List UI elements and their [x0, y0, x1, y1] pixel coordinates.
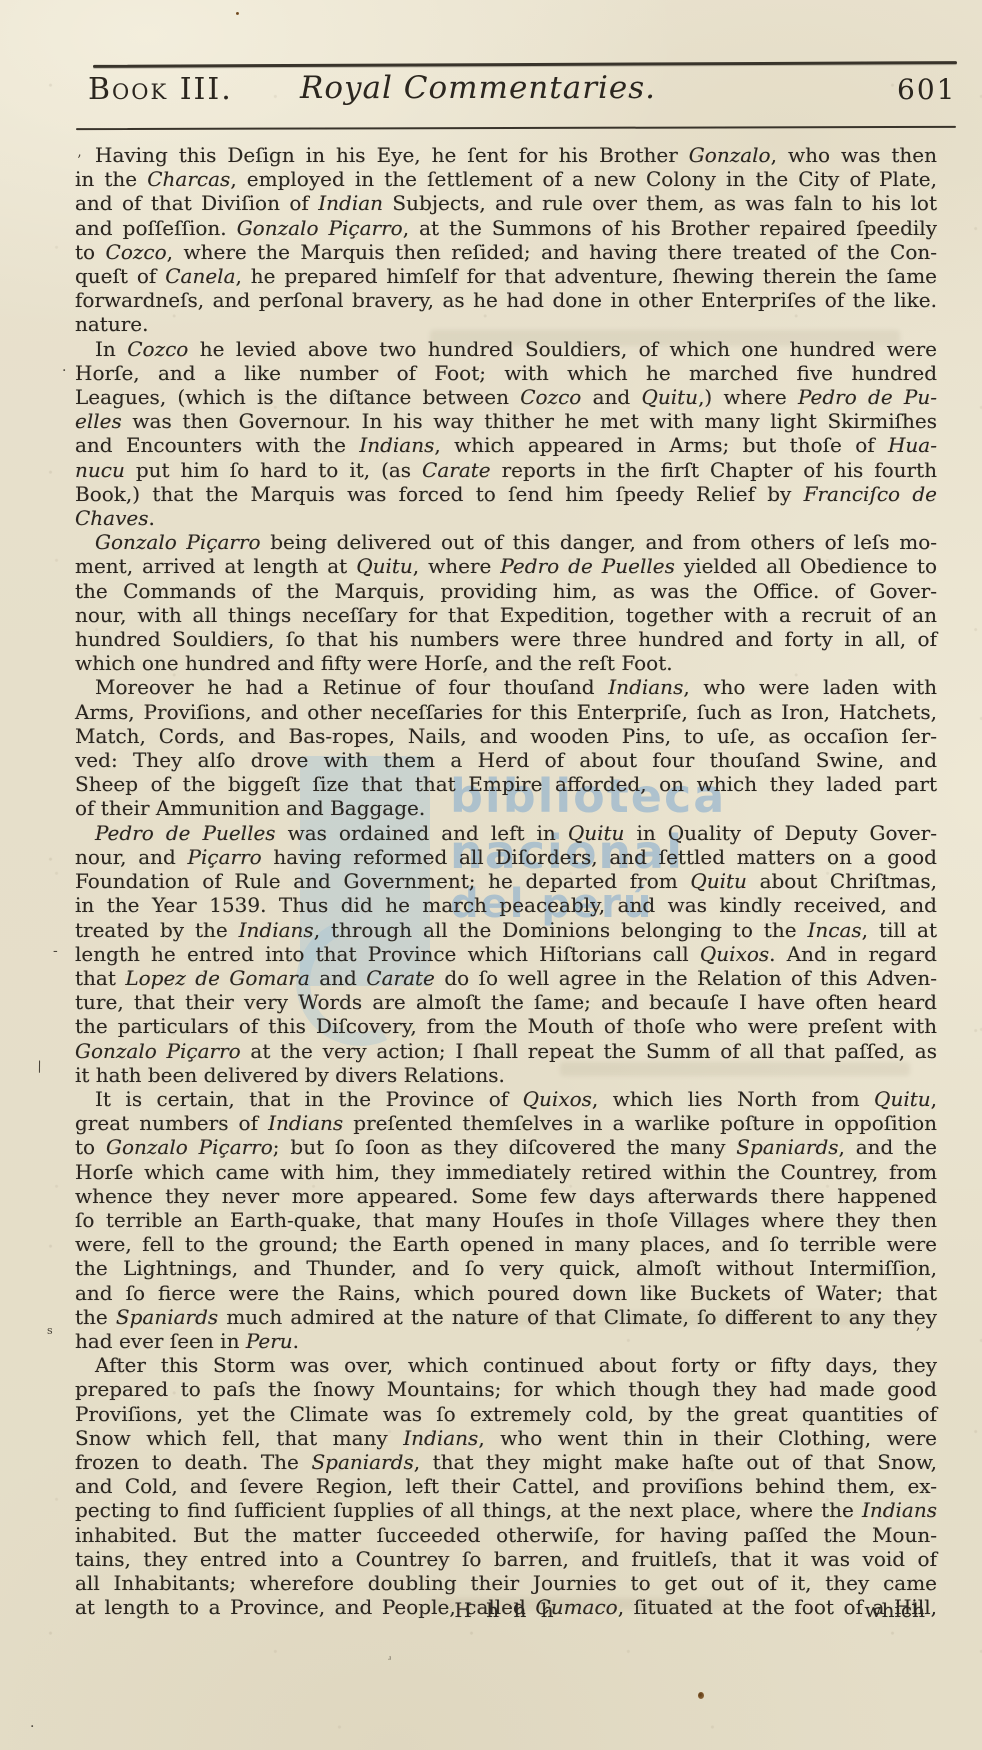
text-line: and ſo fierce were the Rains, which pour…	[75, 1281, 937, 1305]
paragraph: It is certain, that in the Province of Q…	[75, 1087, 937, 1353]
text-line: pecting to find ſufficient ſupplies of a…	[75, 1498, 937, 1522]
page-number: 601	[897, 73, 956, 106]
text-line: Sheep of the biggeſt ſize that that Empi…	[75, 772, 937, 796]
ink-speck: ·	[30, 1722, 34, 1732]
text-line: all Inhabitants; wherefore doubling thei…	[75, 1571, 937, 1595]
text-line: nature.	[75, 312, 937, 336]
text-line: treated by the Indians, through all the …	[75, 918, 937, 942]
text-line: Snow which fell, that many Indians, who …	[75, 1426, 937, 1450]
text-line: of their Ammunition and Baggage.	[75, 796, 937, 820]
text-block: Having this Deſign in his Eye, he ſent f…	[75, 143, 937, 1619]
text-line: Horſe which came with him, they immediat…	[75, 1160, 937, 1184]
ink-speck: ,	[916, 1320, 920, 1330]
text-line: Match, Cords, and Bas-ropes, Nails, and …	[75, 724, 937, 748]
text-line: and poſſeſſion. Gonzalo Piçarro, at the …	[75, 216, 937, 240]
paragraph: Gonzalo Piçarro being delivered out of t…	[75, 530, 937, 675]
text-line: hundred Souldiers, ſo that his numbers w…	[75, 627, 937, 651]
text-line: had ever ſeen in Peru.	[75, 1329, 937, 1353]
page-title: Royal Commentaries.	[300, 70, 656, 106]
catchword: which	[865, 1598, 925, 1622]
text-line: length he entred into that Province whic…	[75, 942, 937, 966]
text-line: to Cozco, where the Marquis then reſided…	[75, 240, 937, 264]
text-line: ture, that their very Words are almoſt t…	[75, 990, 937, 1014]
paragraph: Pedro de Puelles was ordained and left i…	[75, 821, 937, 1087]
text-line: and of that Diviſion of Indian Subjects,…	[75, 191, 937, 215]
text-line: and Encounters with the Indians, which a…	[75, 433, 937, 457]
text-line: Moreover he had a Retinue of four thouſa…	[75, 675, 937, 699]
text-line: Gonzalo Piçarro being delivered out of t…	[75, 530, 937, 554]
text-line: and Cold, and ſevere Region, left their …	[75, 1474, 937, 1498]
paragraph: After this Storm was over, which continu…	[75, 1353, 937, 1619]
text-line: nour, with all things neceſſary for that…	[75, 603, 937, 627]
ink-speck: ’	[77, 156, 81, 166]
text-line: Horſe, and a like number of Foot; with w…	[75, 361, 937, 385]
foxing-spot	[698, 1692, 704, 1699]
text-line: to Gonzalo Piçarro; but ſo ſoon as they …	[75, 1135, 937, 1159]
ink-speck: ·	[62, 366, 66, 376]
signature-line: H h h h which	[75, 1598, 937, 1624]
text-line: forwardneſs, and perſonal bravery, as he…	[75, 288, 937, 312]
text-line: queſt of Canela, he prepared himſelf for…	[75, 264, 937, 288]
text-line: whence they never more appeared. Some fe…	[75, 1184, 937, 1208]
ink-speck: ʴ	[388, 1656, 391, 1666]
text-line: Chaves.	[75, 506, 937, 530]
text-line: were, fell to the ground; the Earth open…	[75, 1232, 937, 1256]
ink-speck: s	[47, 1326, 53, 1336]
text-line: that Lopez de Gomara and Carate do ſo we…	[75, 966, 937, 990]
signature-mark: H h h h	[75, 1598, 937, 1622]
text-line: prepared to paſs the ſnowy Mountains; fo…	[75, 1377, 937, 1401]
paragraph: In Cozco he levied above two hundred Sou…	[75, 337, 937, 531]
text-line: in the Charcas, employed in the ſettleme…	[75, 167, 937, 191]
text-line: elles was then Governour. In his way thi…	[75, 409, 937, 433]
text-line: which one hundred and fifty were Horſe, …	[75, 651, 937, 675]
text-line: frozen to death. The Spaniards, that the…	[75, 1450, 937, 1474]
text-line: nour, and Piçarro having reformed all Di…	[75, 845, 937, 869]
paragraph: Having this Deſign in his Eye, he ſent f…	[75, 143, 937, 337]
text-line: nucu put him ſo hard to it, (as Carate r…	[75, 458, 937, 482]
text-line: Leagues, (which is the diſtance between …	[75, 385, 937, 409]
paragraph: Moreover he had a Retinue of four thouſa…	[75, 675, 937, 820]
text-line: ſo terrible an Earth-quake, that many Ho…	[75, 1208, 937, 1232]
text-line: ment, arrived at length at Quitu, where …	[75, 554, 937, 578]
text-line: Pedro de Puelles was ordained and left i…	[75, 821, 937, 845]
text-line: Book,) that the Marquis was forced to ſe…	[75, 482, 937, 506]
running-head: Book III. Royal Commentaries. 601	[0, 70, 982, 122]
text-line: inhabited. But the matter ſucceeded othe…	[75, 1523, 937, 1547]
text-line: Having this Deſign in his Eye, he ſent f…	[75, 143, 937, 167]
text-line: in the Year 1539. Thus did he march peac…	[75, 893, 937, 917]
text-line: After this Storm was over, which continu…	[75, 1353, 937, 1377]
foxing-spot	[236, 12, 239, 15]
text-line: the Spaniards much admired at the nature…	[75, 1305, 937, 1329]
book-number-label: Book III.	[88, 72, 233, 107]
text-line: the Lightnings, and Thunder, and ſo very…	[75, 1256, 937, 1280]
text-line: In Cozco he levied above two hundred Sou…	[75, 337, 937, 361]
text-line: Gonzalo Piçarro at the very action; I ſh…	[75, 1039, 937, 1063]
ink-speck: -	[53, 946, 58, 956]
text-line: Foundation of Rule and Government; he de…	[75, 869, 937, 893]
text-line: It is certain, that in the Province of Q…	[75, 1087, 937, 1111]
text-line: great numbers of Indians preſented themſ…	[75, 1111, 937, 1135]
text-line: it hath been delivered by divers Relatio…	[75, 1063, 937, 1087]
text-line: the particulars of this Diſcovery, from …	[75, 1014, 937, 1038]
text-line: Arms, Proviſions, and other neceſſaries …	[75, 700, 937, 724]
text-line: the Commands of the Marquis, providing h…	[75, 579, 937, 603]
text-line: ved: They alſo drove with them a Herd of…	[75, 748, 937, 772]
text-line: Proviſions, yet the Climate was ſo extre…	[75, 1402, 937, 1426]
text-line: tains, they entred into a Countrey ſo ba…	[75, 1547, 937, 1571]
